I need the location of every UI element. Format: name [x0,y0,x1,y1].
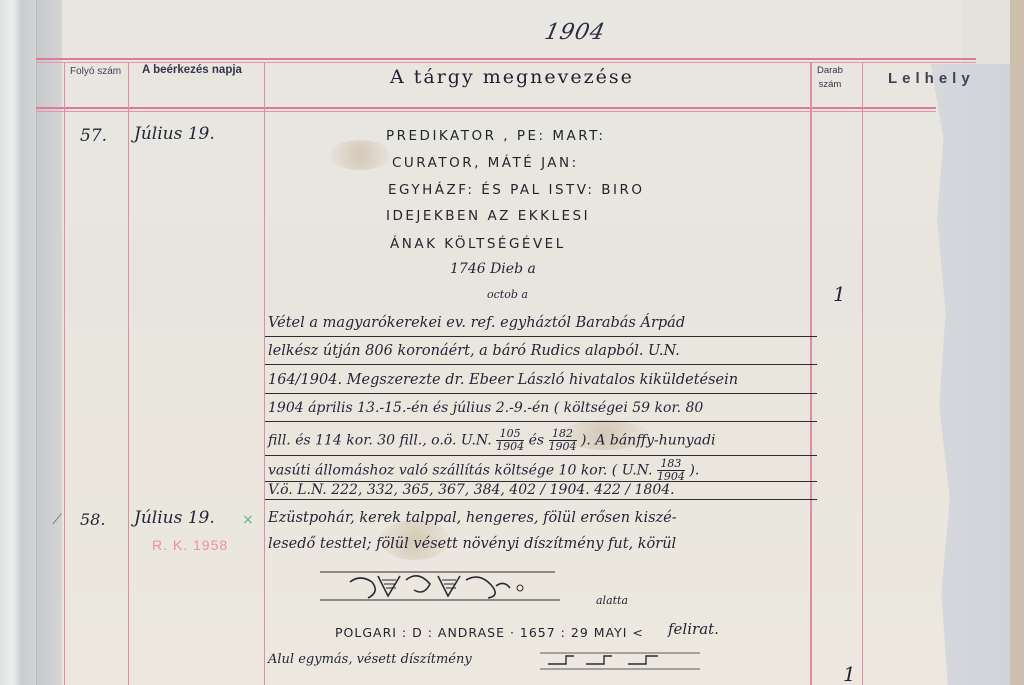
inscription-line: IDEJEKBEN AZ EKKLESI [386,208,590,224]
ornament-drawing-icon [320,568,560,604]
description-line: 1904 április 13.-15.-én és július 2.-9.-… [268,400,703,416]
underline [265,336,817,337]
binding-gutter [36,0,65,685]
column-rule [128,62,129,685]
quantity: 1 [843,662,856,685]
underline [265,455,817,456]
underline [265,364,817,365]
entry-date: Július 19. [134,508,215,528]
reference-line: V.ö. L.N. 222, 332, 365, 367, 384, 402 /… [268,482,675,498]
alatta-text: alatta [596,594,628,607]
transport-text: ). A bánffy-hunyadi [581,433,716,449]
transport-cost-text: vasúti állomáshoz való szállítás költség… [268,463,652,479]
inscription-line: PREDIKATOR , PE: MART: [386,128,605,144]
header-top-rule-2 [36,62,976,63]
inscription-line: EGYHÁZF: ÉS PAL ISTV: BIRO [388,182,645,198]
inscription-month: octob a [487,288,528,301]
entry-number: 58. [80,510,105,529]
quantity: 1 [833,282,846,306]
fraction: 1831904 [657,458,685,483]
column-header-folyo-szam: Folyó szám [70,66,121,77]
column-header-darab-szam: Darab szám [817,64,843,92]
entry-number: 57. [80,126,107,146]
inventory-stamp: R. K. 1958 [152,537,228,553]
description-line: Ezüstpohár, kerek talppal, hengeres, föl… [268,510,677,526]
description-line: vasúti állomáshoz való szállítás költség… [268,458,699,483]
description-line: fill. és 114 kor. 30 fill., o.ö. U.N. 10… [268,428,716,453]
header-bottom-rule-2 [36,111,936,112]
column-header-beerkezes-napja: A beérkezés napja [142,64,242,76]
description-line: Alul egymás, vésett díszítmény [268,652,472,667]
inscription-line: ÁNAK KÖLTSÉGÉVEL [390,236,566,252]
column-header-lelhely: Lelhely [888,70,975,87]
check-mark-icon: × [242,512,254,528]
szam-label: szám [817,78,843,92]
ornament-sketch-icon [540,650,700,672]
left-page-edge [0,0,36,685]
fraction: 1821904 [549,428,577,453]
darab-label: Darab [817,64,843,78]
inscription-line: CURATOR, MÁTÉ JAN: [392,155,579,171]
year-heading: 1904 [542,20,607,45]
cost-text: fill. és 114 kor. 30 fill., o.ö. U.N. [268,433,492,449]
inscription-date: 1746 Dieb a [450,261,536,277]
es-text: és [529,433,544,449]
description-line: lelkész útján 806 koronáért, a báró Rudi… [268,343,680,359]
cup-inscription: POLGARI : D : ANDRASE · 1657 : 29 MAYI < [335,625,644,640]
header-top-rule [36,58,976,60]
underline [265,393,817,394]
ink-stain [330,140,390,170]
description-line: Vétel a magyarókerekei ev. ref. egyháztó… [268,315,685,331]
header-bottom-rule [36,107,936,109]
margin-tick: ⁄ [56,512,58,528]
description-line: 164/1904. Megszerezte dr. Ebeer László h… [268,372,738,388]
underline [265,421,817,422]
right-edge [1010,0,1024,685]
column-rule [810,62,812,685]
entry-date: Július 19. [134,124,215,144]
felirat-text: felirat. [668,620,719,638]
underline [265,499,817,500]
column-rule [264,62,265,685]
column-rule [862,62,863,685]
fraction: 1051904 [496,428,524,453]
column-header-targy-megnevezese: A tárgy megnevezése [390,66,634,88]
column-rule [64,62,65,685]
description-line: lesedő testtel; fölül vésett növényi dís… [268,536,676,552]
